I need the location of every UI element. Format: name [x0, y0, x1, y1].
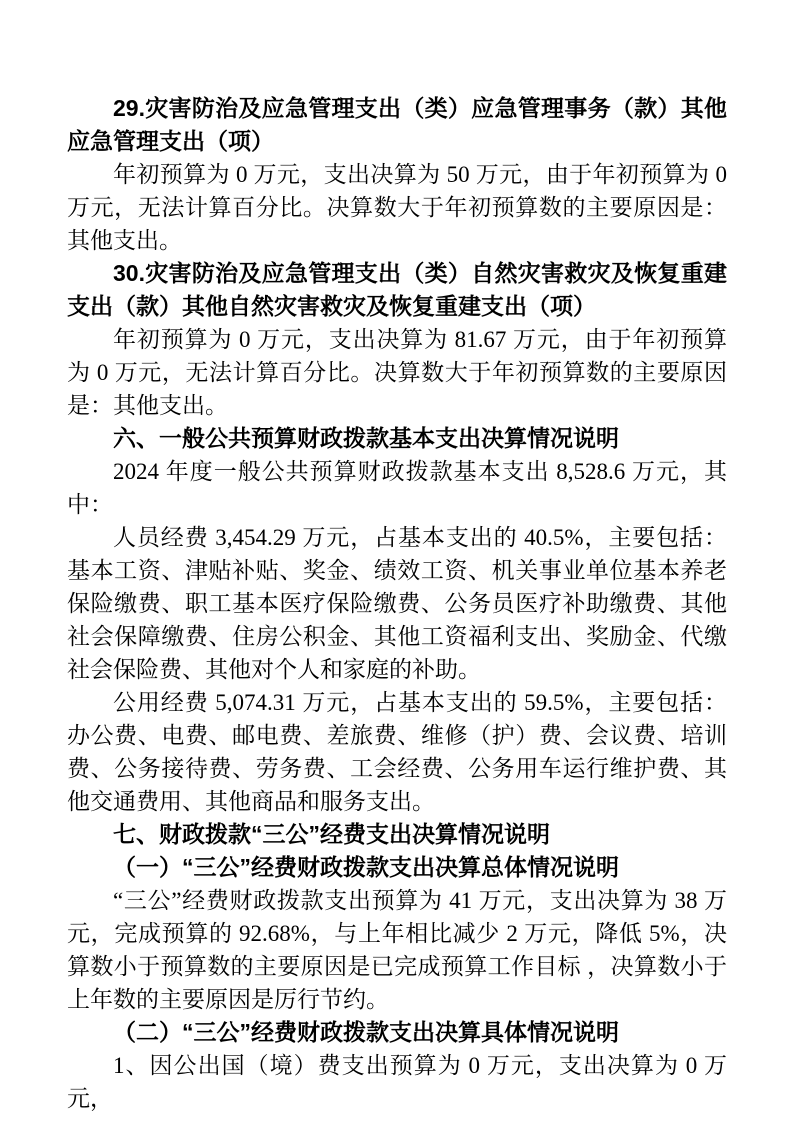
section-six-public-expense: 公用经费 5,074.31 万元，占基本支出的 59.5%，主要包括：办公费、电…	[67, 686, 727, 818]
section-six-heading: 六、一般公共预算财政拨款基本支出决算情况说明	[67, 422, 727, 455]
section-seven-2-heading: （二）“三公”经费财政拨款支出决算具体情况说明	[67, 1016, 727, 1049]
section-seven-1-body: “三公”经费财政拨款支出预算为 41 万元，支出决算为 38 万元，完成预算的 …	[67, 884, 727, 1016]
document-text-block: 29.灾害防治及应急管理支出（类）应急管理事务（款）其他应急管理支出（项） 年初…	[67, 92, 727, 1115]
section-seven-2-item1: 1、因公出国（境）费支出预算为 0 万元，支出决算为 0 万元，	[67, 1049, 727, 1115]
section-30-heading: 30.灾害防治及应急管理支出（类）自然灾害救灾及恢复重建支出（款）其他自然灾害救…	[67, 257, 727, 323]
document-page: 29.灾害防治及应急管理支出（类）应急管理事务（款）其他应急管理支出（项） 年初…	[0, 0, 793, 1122]
section-seven-heading: 七、财政拨款“三公”经费支出决算情况说明	[67, 818, 727, 851]
section-six-intro: 2024 年度一般公共预算财政拨款基本支出 8,528.6 万元，其中：	[67, 455, 727, 521]
section-six-personnel-expense: 人员经费 3,454.29 万元，占基本支出的 40.5%，主要包括：基本工资、…	[67, 521, 727, 686]
section-29-body: 年初预算为 0 万元，支出决算为 50 万元，由于年初预算为 0 万元，无法计算…	[67, 158, 727, 257]
section-29-heading: 29.灾害防治及应急管理支出（类）应急管理事务（款）其他应急管理支出（项）	[67, 92, 727, 158]
section-seven-1-heading: （一）“三公”经费财政拨款支出决算总体情况说明	[67, 851, 727, 884]
section-30-body: 年初预算为 0 万元，支出决算为 81.67 万元，由于年初预算为 0 万元，无…	[67, 323, 727, 422]
